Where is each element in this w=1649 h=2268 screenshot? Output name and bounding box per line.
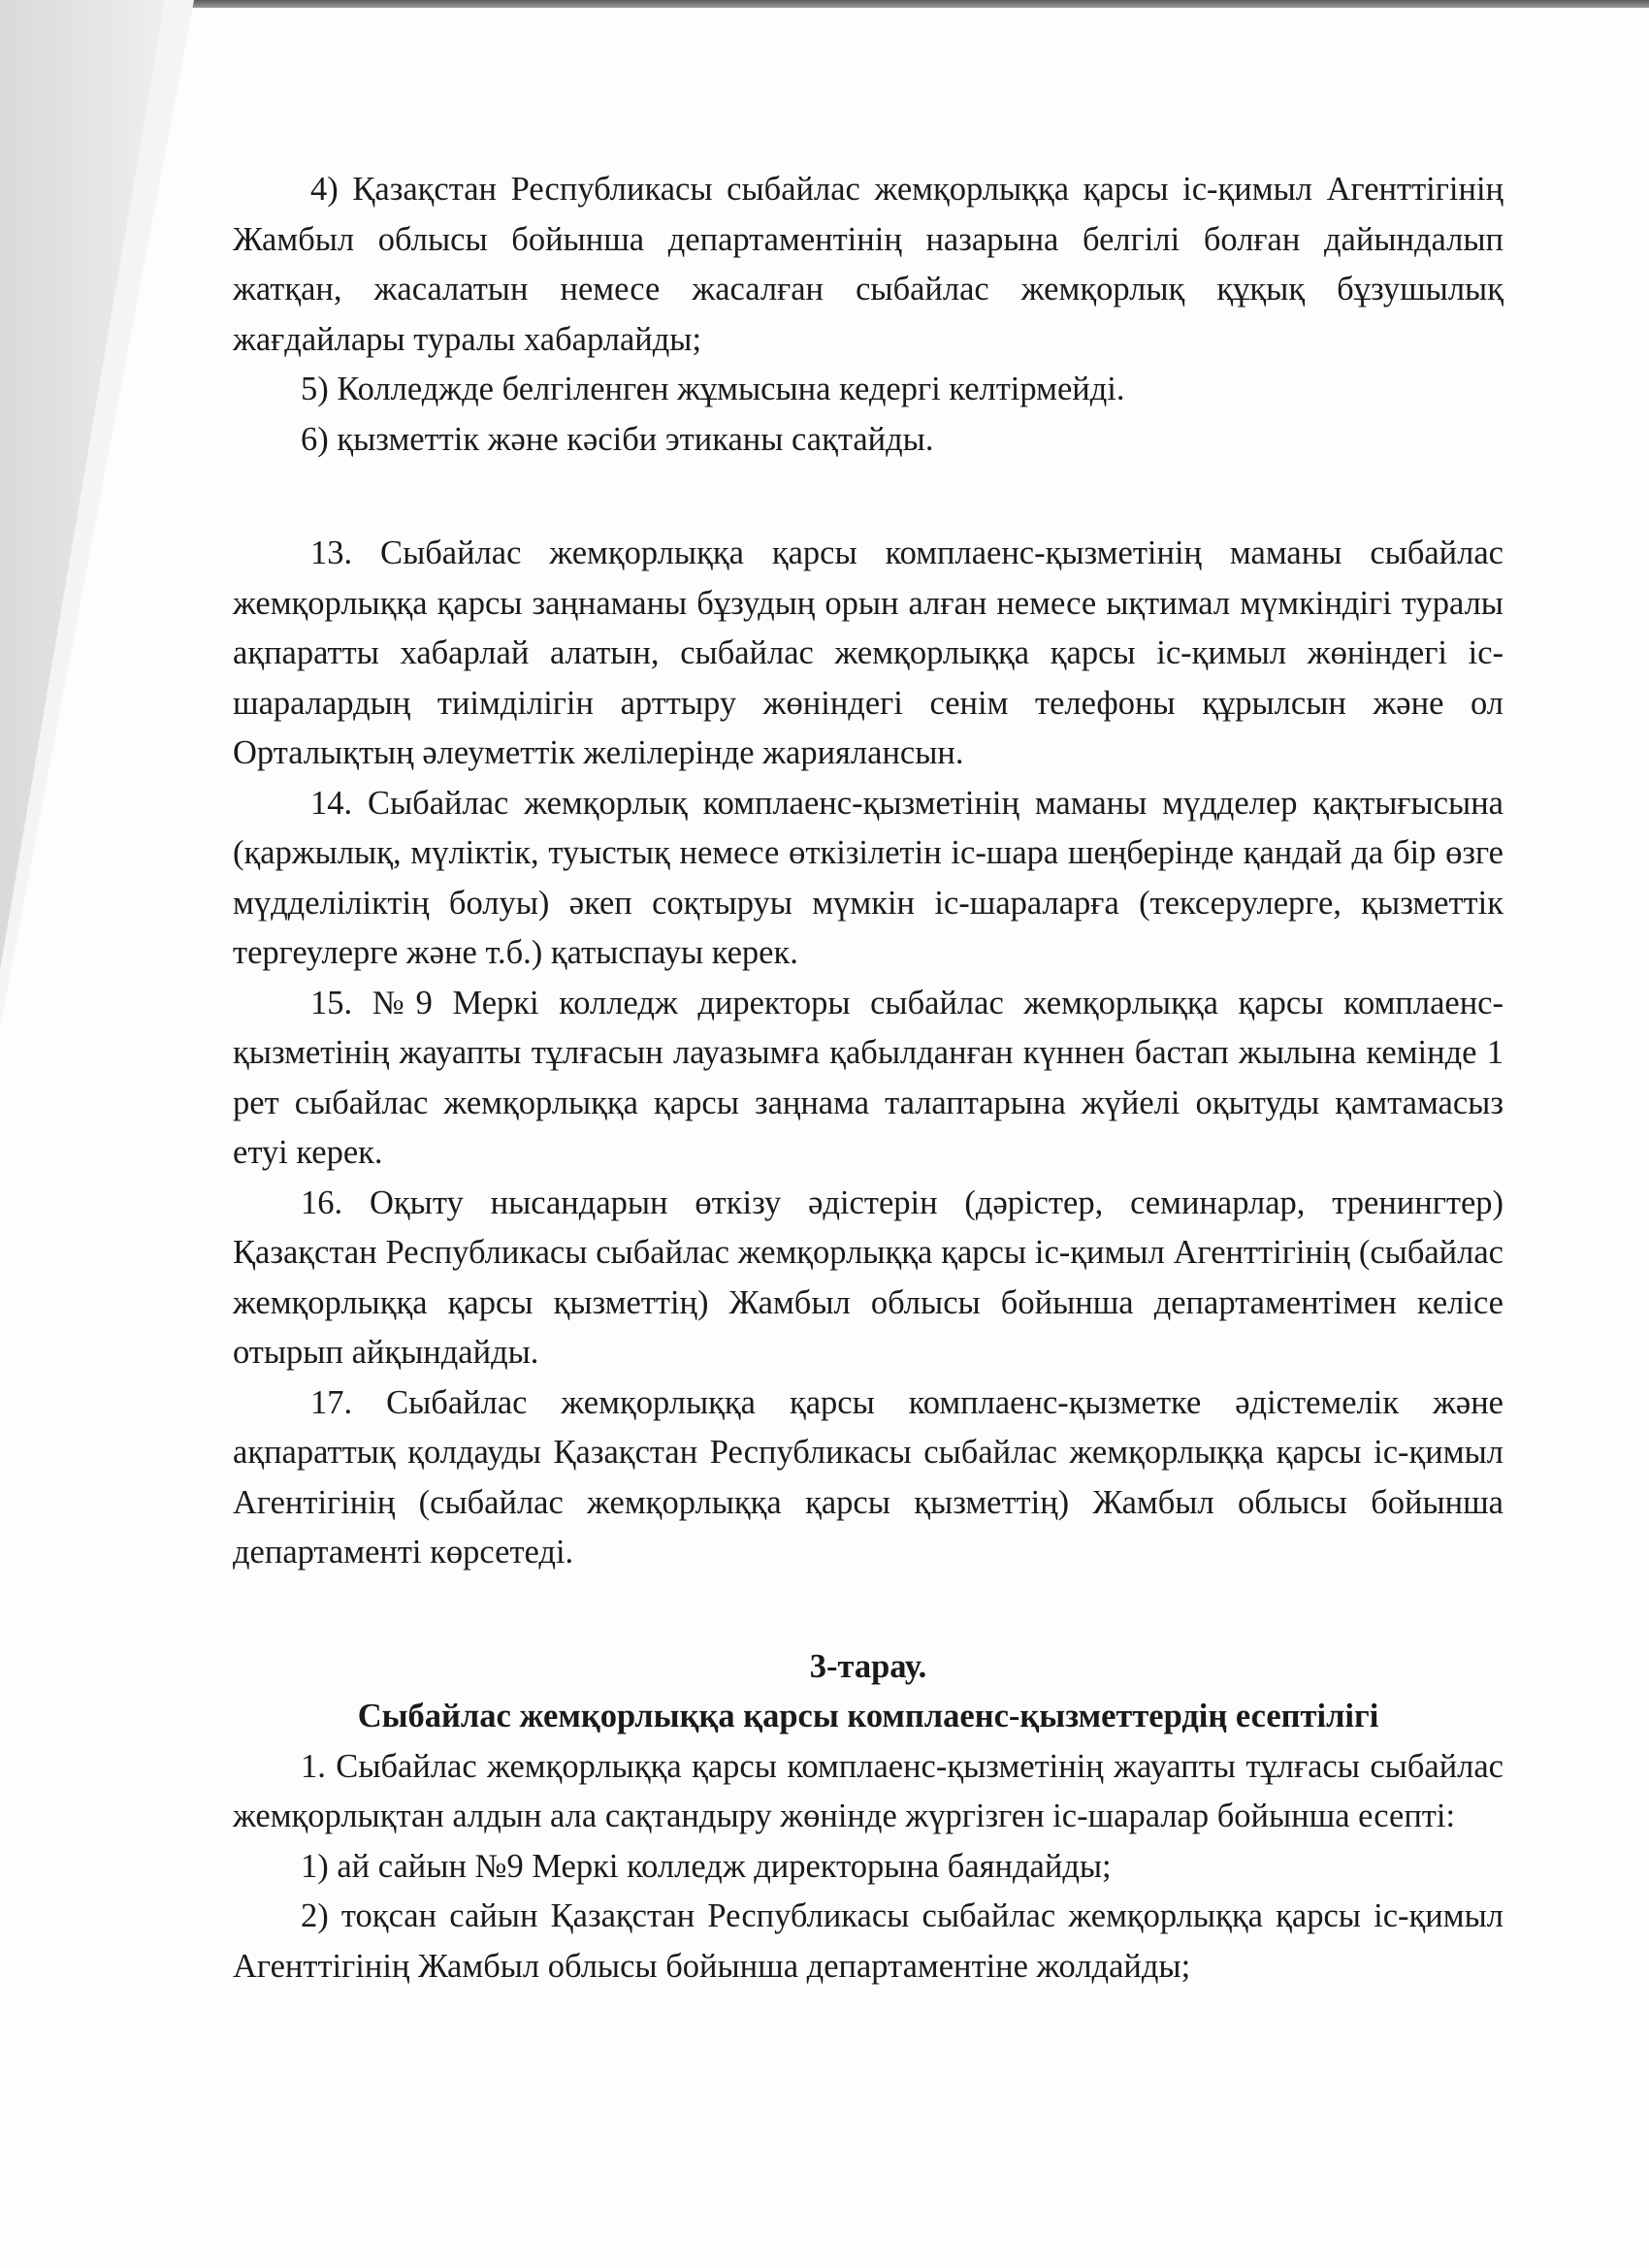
document-page: 4) Қазақстан Республикасы сыбайлас жемқо…: [233, 165, 1503, 1992]
chapter-3-clause-1: 1. Сыбайлас жемқорлыққа қарсы комплаенс-…: [233, 1742, 1503, 1842]
list-item-6: 6) қызметтік және кәсіби этиканы сақтайд…: [233, 415, 1503, 466]
list-item-5: 5) Колледжде белгіленген жұмысына кедерг…: [233, 365, 1503, 415]
spacer: [233, 1578, 1503, 1642]
chapter-3-subitem-1: 1) ай сайын №9 Меркі колледж директорына…: [233, 1842, 1503, 1893]
clause-13: 13. Сыбайлас жемқорлыққа қарсы комплаенс…: [233, 529, 1503, 779]
spacer: [233, 465, 1503, 529]
chapter-3-subitem-2: 2) тоқсан сайын Қазақстан Республикасы с…: [233, 1892, 1503, 1992]
chapter-label: 3-тарау.: [233, 1642, 1503, 1693]
clause-14: 14. Сыбайлас жемқорлық комплаенс-қызметі…: [233, 779, 1503, 979]
scan-shadow: [0, 0, 194, 2268]
clause-15: 15. №9 Меркі колледж директоры сыбайлас …: [233, 979, 1503, 1179]
chapter-title: Сыбайлас жемқорлыққа қарсы комплаенс-қыз…: [233, 1692, 1503, 1742]
clause-16: 16. Оқыту нысандарын өткізу әдістерін (д…: [233, 1179, 1503, 1378]
clause-17: 17. Сыбайлас жемқорлыққа қарсы комплаенс…: [233, 1378, 1503, 1578]
list-item-4: 4) Қазақстан Республикасы сыбайлас жемқо…: [233, 165, 1503, 365]
scan-top-border: [0, 0, 1649, 8]
